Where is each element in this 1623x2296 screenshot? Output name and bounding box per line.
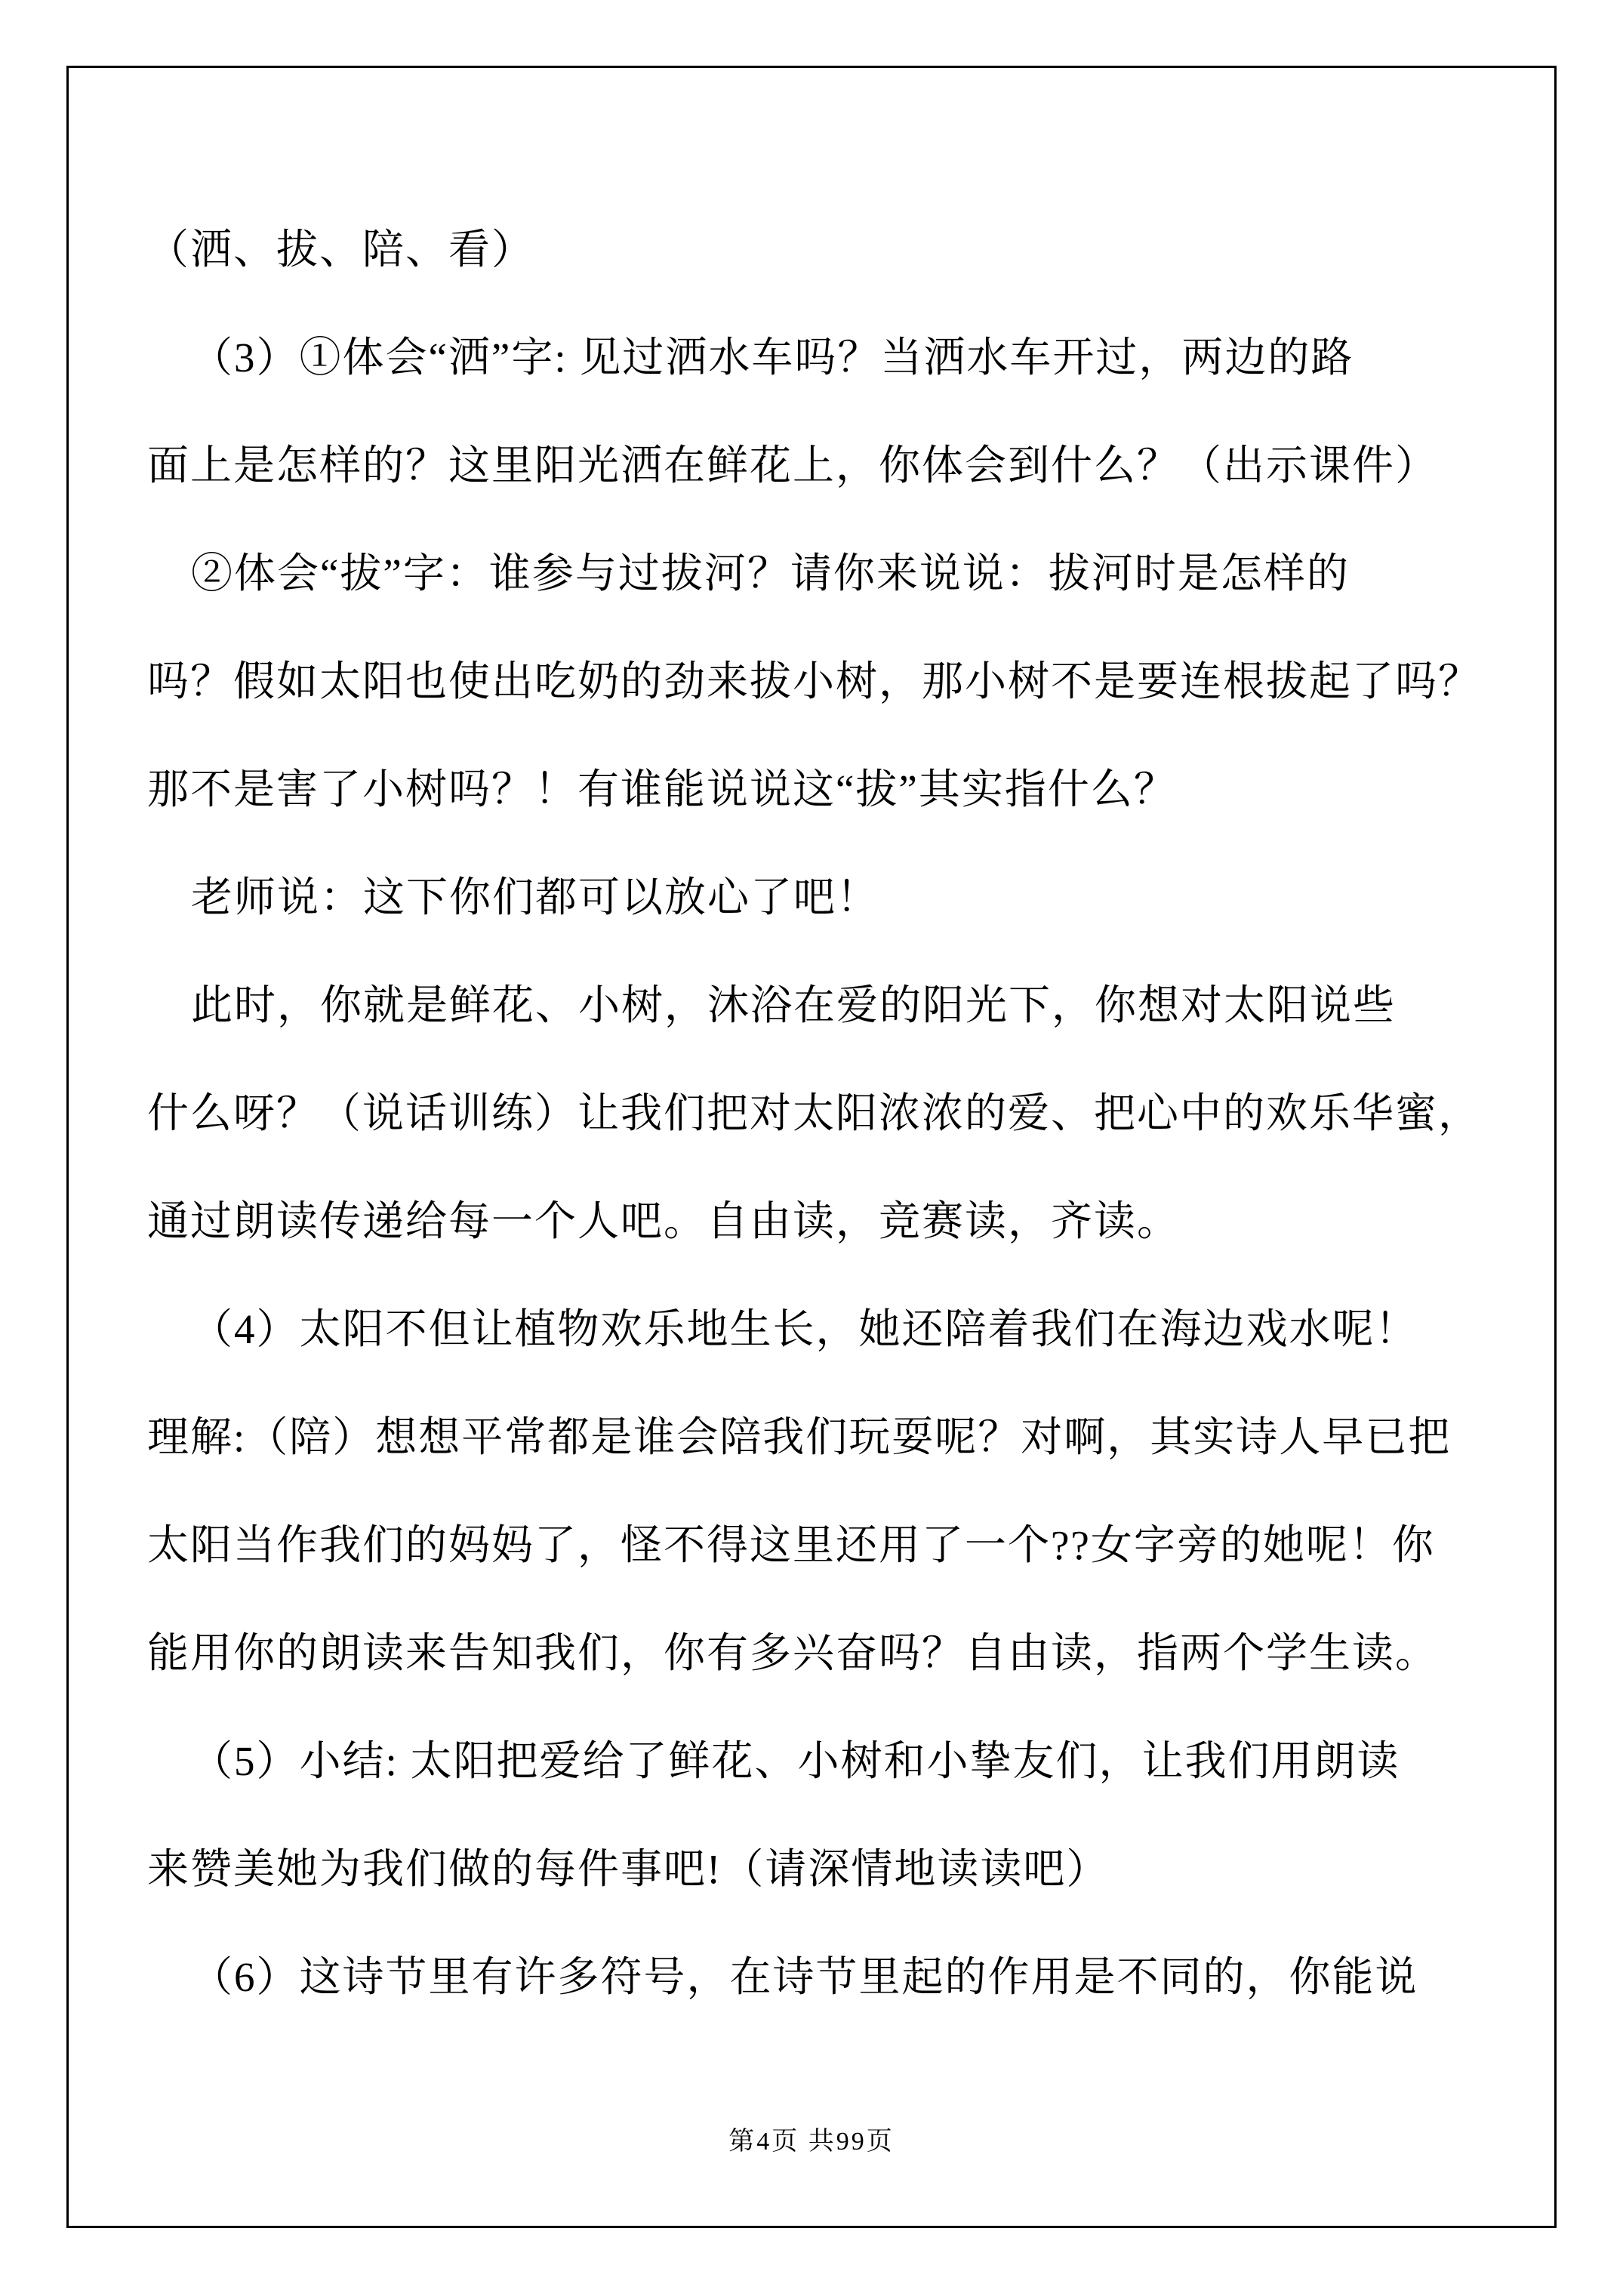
text-line: 理解:（陪）想想平常都是谁会陪我们玩耍呢？对啊，其实诗人早已把 [147, 1383, 1514, 1491]
text-line: （洒、拔、陪、看） [147, 196, 1514, 304]
text-line: （4）太阳不但让植物欢乐地生长，她还陪着我们在海边戏水呢！ [147, 1275, 1514, 1383]
text-line: 太阳当作我们的妈妈了，怪不得这里还用了一个??女字旁的她呢！你 [147, 1491, 1514, 1599]
text-line: 吗？假如太阳也使出吃奶的劲来拔小树，那小树不是要连根拔起了吗？ [147, 627, 1514, 735]
text-line: （6）这诗节里有许多符号，在诗节里起的作用是不同的，你能说 [147, 1923, 1514, 2031]
text-line: 此时，你就是鲜花、小树，沐浴在爱的阳光下，你想对太阳说些 [147, 951, 1514, 1059]
text-line: ②体会“拔”字：谁参与过拔河？请你来说说：拔河时是怎样的 [147, 519, 1514, 627]
text-line: 老师说：这下你们都可以放心了吧！ [147, 843, 1514, 951]
text-line: 面上是怎样的？这里阳光洒在鲜花上，你体会到什么？（出示课件） [147, 411, 1514, 519]
document-body: （洒、拔、陪、看）（3）①体会“洒”字: 见过洒水车吗？当洒水车开过，两边的路面… [147, 196, 1514, 2031]
text-line: 通过朗读传递给每一个人吧。自由读，竞赛读，齐读。 [147, 1167, 1514, 1275]
text-line: （5）小结: 太阳把爱给了鲜花、小树和小挚友们，让我们用朗读 [147, 1707, 1514, 1815]
page-footer: 第4页 共99页 [0, 2120, 1623, 2157]
text-line: 来赞美她为我们做的每件事吧!（请深情地读读吧） [147, 1815, 1514, 1923]
text-line: （3）①体会“洒”字: 见过洒水车吗？当洒水车开过，两边的路 [147, 304, 1514, 411]
text-line: 能用你的朗读来告知我们，你有多兴奋吗？自由读，指两个学生读。 [147, 1599, 1514, 1707]
text-line: 那不是害了小树吗？！有谁能说说这“拔”其实指什么？ [147, 735, 1514, 843]
text-line: 什么呀？（说话训练）让我们把对太阳浓浓的爱、把心中的欢乐华蜜， [147, 1059, 1514, 1167]
